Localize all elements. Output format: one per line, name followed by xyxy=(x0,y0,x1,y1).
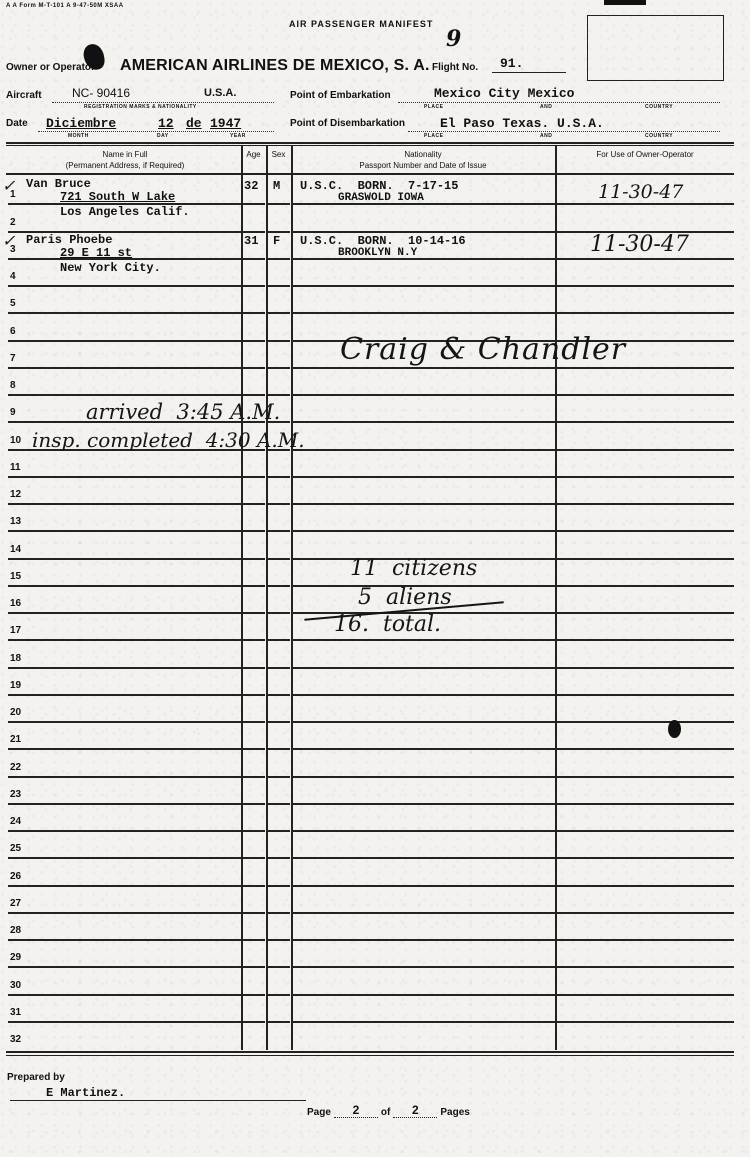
col-divider-age xyxy=(241,146,243,1050)
passenger-2-address-1: 29 E 11 st xyxy=(60,247,132,260)
row-line xyxy=(243,912,265,914)
row-line xyxy=(8,857,241,859)
passenger-1-sex: M xyxy=(273,180,280,193)
row-line xyxy=(8,285,241,287)
row-line xyxy=(243,231,265,233)
row-line xyxy=(8,530,241,532)
prepared-by-label: Prepared by xyxy=(7,1072,65,1083)
row-line xyxy=(557,966,734,968)
row-line xyxy=(268,312,290,314)
passenger-1-address-1: 721 South W Lake xyxy=(60,191,175,204)
row-number: 11 xyxy=(10,462,28,473)
day-caption: DAY xyxy=(157,133,169,139)
row-line xyxy=(243,394,265,396)
row-line xyxy=(557,421,734,423)
date-de: de xyxy=(186,117,202,130)
arrived-note: arrived 3:45 A.M. xyxy=(86,400,280,424)
row-number: 14 xyxy=(10,544,28,555)
row-line xyxy=(557,639,734,641)
month-caption: MONTH xyxy=(68,133,89,139)
scan-artifact xyxy=(604,0,646,5)
page-total: 2 xyxy=(393,1103,437,1118)
flight-label: Flight No. xyxy=(432,62,478,73)
row-line xyxy=(8,476,241,478)
row-line xyxy=(243,612,265,614)
row-number: 27 xyxy=(10,898,28,909)
flight-number-field[interactable]: 91. xyxy=(492,56,566,73)
check-mark-1: ✓ xyxy=(2,176,15,195)
col-nationality-subtitle: Passport Number and Date of Issue xyxy=(291,160,555,171)
row-line xyxy=(293,231,555,233)
row-line xyxy=(557,612,734,614)
row-line xyxy=(557,885,734,887)
row-line xyxy=(557,748,734,750)
row-line xyxy=(8,776,241,778)
row-number: 10 xyxy=(10,435,28,446)
row-line xyxy=(293,203,555,205)
row-number: 23 xyxy=(10,789,28,800)
row-line xyxy=(557,585,734,587)
row-number: 19 xyxy=(10,680,28,691)
row-line xyxy=(557,994,734,996)
row-line xyxy=(268,530,290,532)
row-line xyxy=(268,994,290,996)
row-line xyxy=(243,285,265,287)
place-caption-2: PLACE xyxy=(424,133,443,139)
aircraft-label: Aircraft xyxy=(6,90,42,101)
row-line xyxy=(243,939,265,941)
form-code: A A Form M-T-101 A 9-47-50M XSAA xyxy=(6,3,124,9)
row-line xyxy=(268,231,290,233)
passenger-1-address-2: Los Angeles Calif. xyxy=(60,206,190,219)
row-line xyxy=(557,530,734,532)
date-field[interactable]: Diciembre 12 de 1947 xyxy=(38,115,274,132)
row-line xyxy=(243,803,265,805)
date-day: 12 xyxy=(158,117,174,130)
col-name-subtitle: (Permanent Address, if Required) xyxy=(30,160,220,171)
aircraft-field[interactable]: NC- 90416 U.S.A. xyxy=(52,86,274,103)
embarkation-value: Mexico City Mexico xyxy=(434,87,574,100)
row-line xyxy=(8,1021,241,1023)
row-line xyxy=(268,203,290,205)
row-line xyxy=(243,830,265,832)
row-line xyxy=(268,857,290,859)
row-line xyxy=(293,258,555,260)
row-line xyxy=(268,694,290,696)
row-line xyxy=(293,367,555,369)
row-line xyxy=(8,503,241,505)
and-caption-2: AND xyxy=(540,133,552,139)
passenger-2-address-2: New York City. xyxy=(60,262,161,275)
row-number: 16 xyxy=(10,598,28,609)
row-number: 4 xyxy=(10,271,28,282)
row-line xyxy=(268,912,290,914)
passenger-2-sex: F xyxy=(273,235,280,248)
date-month: Diciembre xyxy=(46,117,116,130)
row-line xyxy=(268,394,290,396)
row-line xyxy=(8,912,241,914)
row-line xyxy=(557,476,734,478)
row-line xyxy=(243,639,265,641)
row-line xyxy=(268,476,290,478)
row-line xyxy=(268,721,290,723)
row-number: 6 xyxy=(10,326,28,337)
row-line xyxy=(268,776,290,778)
passenger-1-owner-note: 11-30-47 xyxy=(598,181,683,203)
row-line xyxy=(268,258,290,260)
row-number: 5 xyxy=(10,298,28,309)
row-line xyxy=(293,639,555,641)
col-divider-sex xyxy=(266,146,268,1050)
row-line xyxy=(268,939,290,941)
col-owner-header: For Use of Owner-Operator xyxy=(555,149,735,160)
pages-label: Pages xyxy=(440,1107,469,1118)
row-line xyxy=(8,830,241,832)
ink-spot xyxy=(668,720,681,738)
row-line xyxy=(243,340,265,342)
row-line xyxy=(557,776,734,778)
row-line xyxy=(243,203,265,205)
row-line xyxy=(557,939,734,941)
total-count-note: 16. total. xyxy=(334,612,441,637)
row-line xyxy=(243,885,265,887)
row-line xyxy=(557,721,734,723)
page-indicator: Page 2 of 2 Pages xyxy=(307,1103,470,1118)
row-line xyxy=(243,367,265,369)
aircraft-caption: REGISTRATION MARKS & NATIONALITY xyxy=(84,104,197,110)
country-caption: COUNTRY xyxy=(645,104,673,110)
row-line xyxy=(557,803,734,805)
row-line xyxy=(293,667,555,669)
row-line xyxy=(293,994,555,996)
row-number: 30 xyxy=(10,980,28,991)
row-number: 8 xyxy=(10,380,28,391)
row-line xyxy=(293,421,555,423)
row-line xyxy=(268,667,290,669)
row-number: 31 xyxy=(10,1007,28,1018)
row-line xyxy=(243,258,265,260)
row-line xyxy=(268,612,290,614)
row-number: 17 xyxy=(10,625,28,636)
row-line xyxy=(243,558,265,560)
row-line xyxy=(268,966,290,968)
document-title: AIR PASSENGER MANIFEST xyxy=(289,19,433,29)
row-line xyxy=(293,776,555,778)
row-line xyxy=(268,285,290,287)
row-number: 15 xyxy=(10,571,28,582)
row-line xyxy=(557,203,734,205)
row-line xyxy=(293,476,555,478)
year-caption: YEAR xyxy=(230,133,246,139)
owner-label: Owner or Operator xyxy=(6,62,95,73)
embarkation-label: Point of Embarkation xyxy=(290,90,391,101)
row-number: 28 xyxy=(10,925,28,936)
row-line xyxy=(243,667,265,669)
date-label: Date xyxy=(6,118,28,129)
prepared-by-value: E Martinez. xyxy=(46,1087,125,1100)
row-line xyxy=(557,912,734,914)
row-line xyxy=(268,367,290,369)
row-line xyxy=(8,939,241,941)
row-number: 12 xyxy=(10,489,28,500)
aircraft-value: NC- 90416 xyxy=(72,86,130,100)
row-line xyxy=(243,857,265,859)
row-line xyxy=(243,776,265,778)
row-line xyxy=(557,694,734,696)
row-line xyxy=(268,830,290,832)
inspection-completed-note: insp. completed 4:30 A.M. xyxy=(32,428,305,452)
row-line xyxy=(8,721,241,723)
row-line xyxy=(8,694,241,696)
table-bottom-rule xyxy=(6,1051,734,1053)
stamp-box xyxy=(587,15,724,81)
col-nationality-header: Nationality Passport Number and Date of … xyxy=(291,149,555,171)
row-number: 18 xyxy=(10,653,28,664)
row-line xyxy=(293,530,555,532)
row-line xyxy=(243,1021,265,1023)
table-top-rule-2 xyxy=(6,145,734,146)
row-line xyxy=(557,830,734,832)
disembarkation-label: Point of Disembarkation xyxy=(290,118,405,129)
row-line xyxy=(293,966,555,968)
row-line xyxy=(243,694,265,696)
row-line xyxy=(557,312,734,314)
col-age-header: Age xyxy=(241,149,266,160)
row-line xyxy=(557,258,734,260)
row-line xyxy=(293,312,555,314)
row-line xyxy=(8,367,241,369)
row-line xyxy=(268,340,290,342)
row-line xyxy=(293,503,555,505)
row-line xyxy=(268,803,290,805)
col-divider-owner xyxy=(555,146,557,1050)
row-number: 9 xyxy=(10,407,28,418)
row-number: 7 xyxy=(10,353,28,364)
row-line xyxy=(8,312,241,314)
inspector-signature: Craig & Chandler xyxy=(340,332,626,367)
row-line xyxy=(557,857,734,859)
row-number: 25 xyxy=(10,843,28,854)
passenger-2-birthplace: BROOKLYN N.Y xyxy=(338,247,417,260)
row-line xyxy=(293,285,555,287)
passenger-2-owner-note: 11-30-47 xyxy=(590,232,689,257)
row-line xyxy=(243,503,265,505)
row-line xyxy=(293,830,555,832)
row-line xyxy=(557,667,734,669)
row-line xyxy=(293,939,555,941)
row-line xyxy=(243,994,265,996)
row-line xyxy=(8,748,241,750)
check-mark-2: ✓ xyxy=(2,231,15,250)
row-line xyxy=(293,394,555,396)
row-number: 13 xyxy=(10,516,28,527)
date-year: 1947 xyxy=(210,117,241,130)
row-line xyxy=(293,1021,555,1023)
row-number: 22 xyxy=(10,762,28,773)
row-line xyxy=(243,585,265,587)
row-line xyxy=(293,721,555,723)
row-line xyxy=(8,340,241,342)
country-caption-2: COUNTRY xyxy=(645,133,673,139)
col-sex-header: Sex xyxy=(266,149,291,160)
row-line xyxy=(243,721,265,723)
passenger-1-birthplace: GRASWOLD IOWA xyxy=(338,192,424,205)
aircraft-nationality: U.S.A. xyxy=(204,87,236,99)
and-caption: AND xyxy=(540,104,552,110)
row-line xyxy=(8,394,241,396)
citizens-count-note: 11 citizens xyxy=(350,556,477,581)
row-number: 24 xyxy=(10,816,28,827)
row-line xyxy=(8,612,241,614)
handwritten-mark: 9 xyxy=(446,26,461,52)
row-line xyxy=(243,748,265,750)
row-line xyxy=(8,885,241,887)
table-top-rule xyxy=(6,142,734,144)
passenger-2-age: 31 xyxy=(244,235,258,248)
of-label: of xyxy=(381,1107,390,1118)
row-number: 20 xyxy=(10,707,28,718)
col-name-title: Name in Full xyxy=(30,149,220,160)
row-line xyxy=(8,558,241,560)
row-line xyxy=(268,748,290,750)
passenger-1-age: 32 xyxy=(244,180,258,193)
row-line xyxy=(293,803,555,805)
row-line xyxy=(268,639,290,641)
col-nationality-title: Nationality xyxy=(291,149,555,160)
row-line xyxy=(268,558,290,560)
row-line xyxy=(293,449,555,451)
row-line xyxy=(8,966,241,968)
row-line xyxy=(8,667,241,669)
row-line xyxy=(268,503,290,505)
row-line xyxy=(268,1021,290,1023)
row-number: 29 xyxy=(10,952,28,963)
owner-value: AMERICAN AIRLINES DE MEXICO, S. A. xyxy=(120,57,430,75)
row-line xyxy=(293,885,555,887)
table-bottom-rule-2 xyxy=(6,1055,734,1056)
row-line xyxy=(557,503,734,505)
col-name-header: Name in Full (Permanent Address, if Requ… xyxy=(30,149,220,171)
header-bottom-rule xyxy=(6,173,734,175)
row-line xyxy=(293,748,555,750)
row-line xyxy=(557,285,734,287)
col-divider-nationality xyxy=(291,146,293,1050)
row-line xyxy=(243,312,265,314)
page-current: 2 xyxy=(334,1103,378,1118)
row-line xyxy=(557,394,734,396)
row-line xyxy=(557,1021,734,1023)
row-number: 21 xyxy=(10,734,28,745)
row-line xyxy=(557,558,734,560)
place-caption: PLACE xyxy=(424,104,443,110)
row-line xyxy=(268,585,290,587)
row-line xyxy=(293,857,555,859)
row-line xyxy=(243,530,265,532)
page-label: Page xyxy=(307,1107,331,1118)
row-line xyxy=(557,367,734,369)
row-line xyxy=(8,585,241,587)
row-line xyxy=(243,476,265,478)
row-number: 2 xyxy=(10,217,28,228)
row-line xyxy=(293,912,555,914)
row-number: 32 xyxy=(10,1034,28,1045)
row-line xyxy=(8,639,241,641)
row-number: 26 xyxy=(10,871,28,882)
prepared-by-field[interactable]: E Martinez. xyxy=(10,1084,306,1101)
row-line xyxy=(293,694,555,696)
disembarkation-value: El Paso Texas. U.S.A. xyxy=(440,117,604,130)
row-line xyxy=(8,994,241,996)
row-line xyxy=(8,803,241,805)
row-line xyxy=(268,885,290,887)
disembarkation-field[interactable]: El Paso Texas. U.S.A. xyxy=(408,115,720,132)
row-line xyxy=(243,966,265,968)
embarkation-field[interactable]: Mexico City Mexico xyxy=(398,86,720,103)
row-line xyxy=(557,449,734,451)
